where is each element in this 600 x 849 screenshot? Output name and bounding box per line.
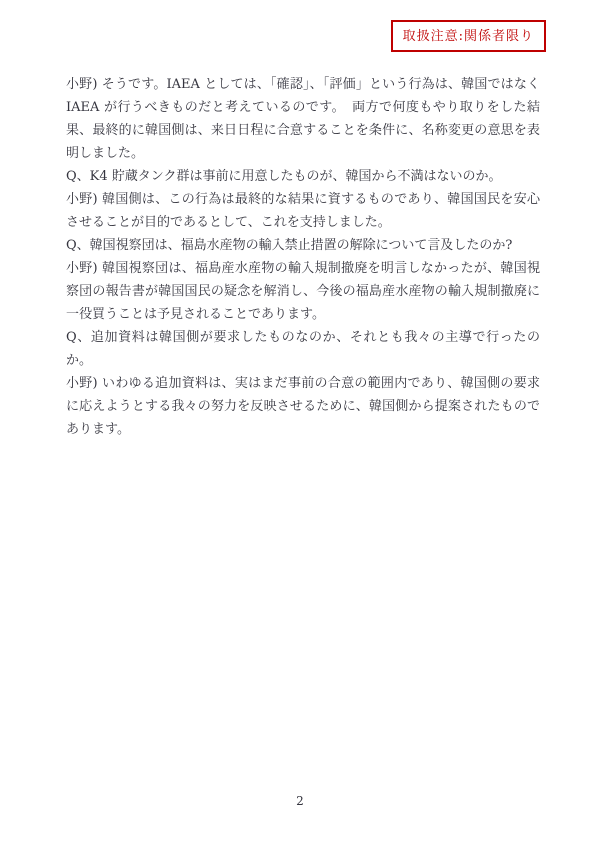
paragraph-question-2: Q、韓国視察団は、福島水産物の輸入禁止措置の解除について言及したのか? (66, 234, 540, 257)
document-page: 取扱注意:関係者限り 小野) そうです。IAEA としては、「確認」、「評価」と… (0, 0, 600, 849)
paragraph-question-1: Q、K4 貯蔵タンク群は事前に用意したものが、韓国から不満はないのか。 (66, 165, 540, 188)
paragraph-question-3: Q、追加資料は韓国側が要求したものなのか、それとも我々の主導で行ったのか。 (66, 326, 540, 372)
page-number: 2 (0, 794, 600, 808)
document-body: 小野) そうです。IAEA としては、「確認」、「評価」という行為は、韓国ではな… (66, 73, 540, 441)
paragraph-ono-answer-4: 小野) いわゆる追加資料は、実はまだ事前の合意の範囲内であり、韓国側の要求に応え… (66, 372, 540, 441)
paragraph-ono-answer-2: 小野) 韓国側は、この行為は最終的な結果に資するものであり、韓国国民を安心させる… (66, 188, 540, 234)
paragraph-ono-answer-3: 小野) 韓国視察団は、福島産水産物の輸入規制撤廃を明言しなかったが、韓国視察団の… (66, 257, 540, 326)
paragraph-ono-answer-1: 小野) そうです。IAEA としては、「確認」、「評価」という行為は、韓国ではな… (66, 73, 540, 165)
handling-notice-stamp: 取扱注意:関係者限り (391, 20, 546, 52)
